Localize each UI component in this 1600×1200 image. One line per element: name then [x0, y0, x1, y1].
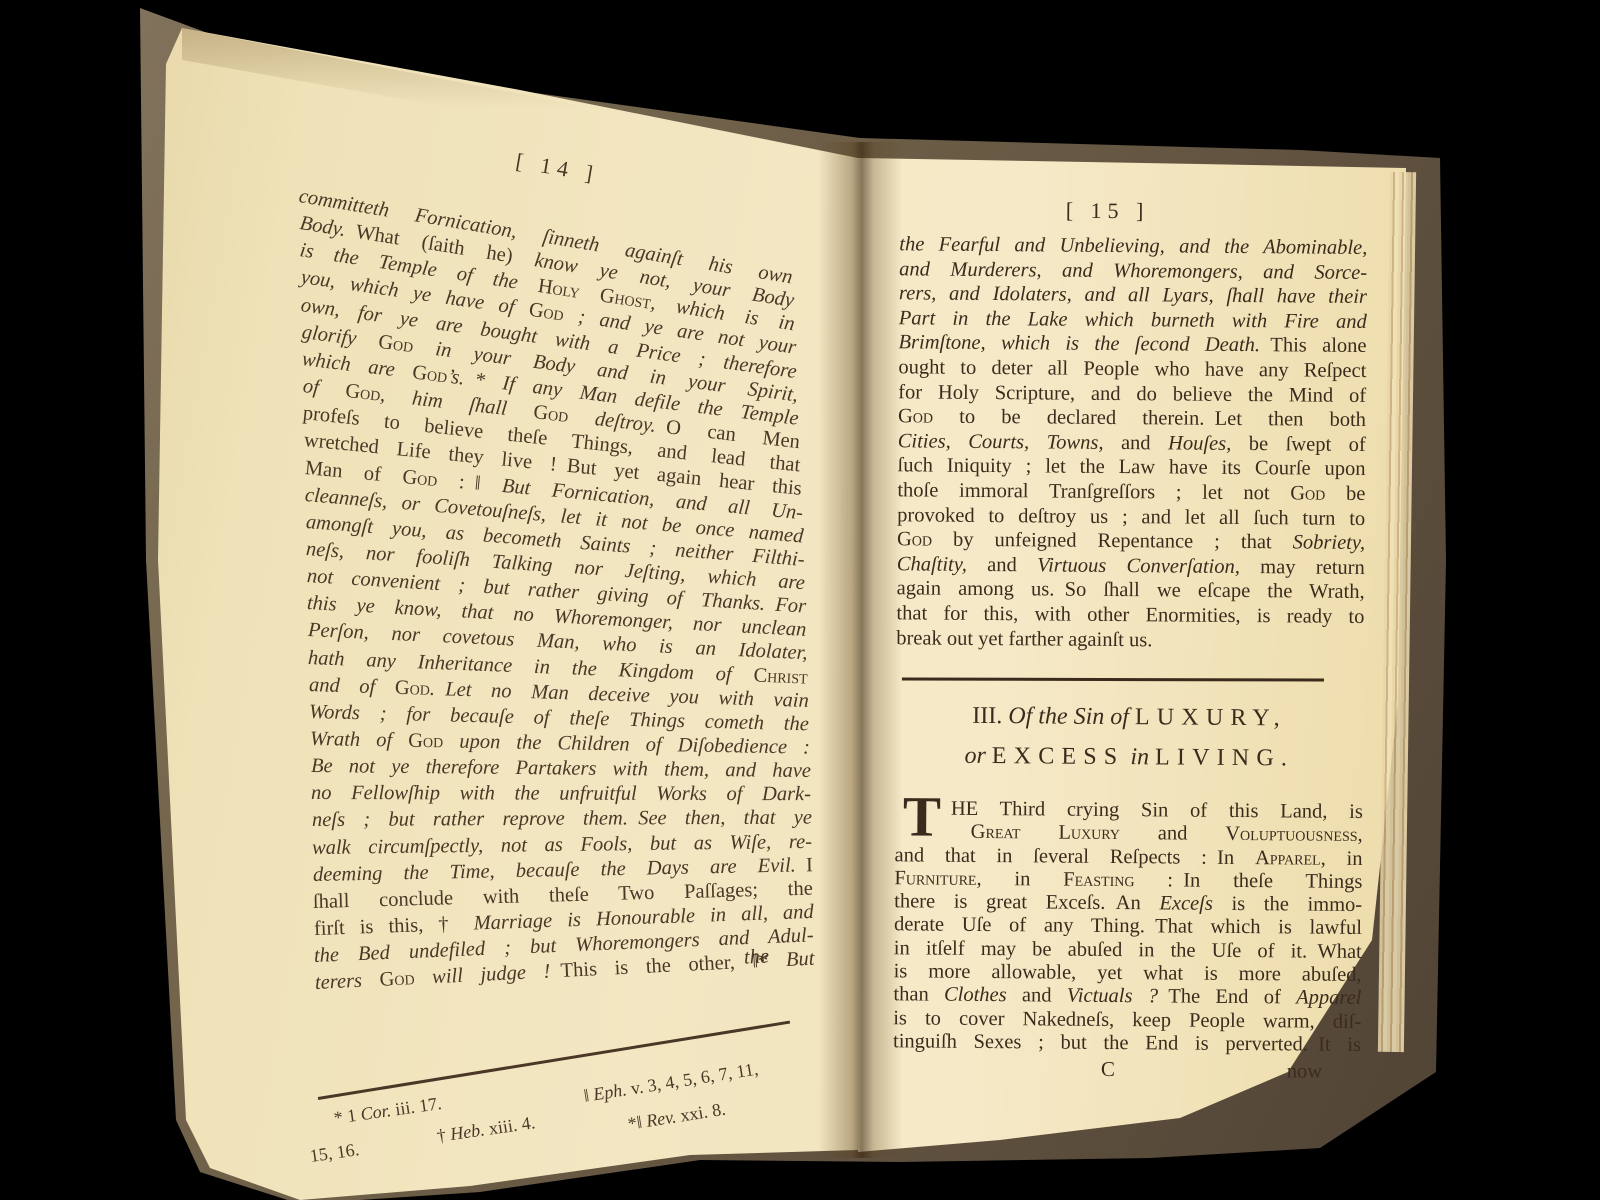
text-segment: derate Uſe of any Thing. That which is l… — [894, 914, 1362, 940]
text-segment: or — [964, 743, 992, 769]
right-page-number: [ 15 ] — [1048, 197, 1168, 224]
text-segment: and Murderers, and Whoremongers, and Sor… — [899, 258, 1367, 284]
text-segment: Furniture — [894, 867, 976, 890]
text-line: tinguiſh Sexes ; but the End is perverte… — [893, 1030, 1361, 1057]
catchword-right: now — [1287, 1060, 1322, 1083]
text-segment: is more allowable, yet what is more abuſ… — [894, 960, 1362, 986]
text-segment: ought to deter all People who have any R… — [898, 356, 1366, 382]
text-segment: and — [1103, 432, 1168, 455]
text-line: God by unfeigned Repentance ; that Sobri… — [897, 527, 1365, 555]
section-heading-line-1: III. Of the Sin of LUXURY, — [896, 702, 1364, 733]
metal-pointer — [1330, 556, 1600, 660]
photo-background: { "scene": { "background_color": "#00000… — [0, 0, 1600, 1200]
text-line: thoſe immoral Tranſgreſſors ; let not Go… — [897, 478, 1365, 506]
text-segment: be ſwept of — [1231, 433, 1366, 456]
text-segment: Virtuous Converſation, — [1037, 554, 1240, 578]
text-line: ought to deter all People who have any R… — [898, 355, 1366, 383]
text-segment: Part in the Lake which burneth with Fire… — [899, 307, 1367, 333]
text-segment: This alone — [1260, 335, 1367, 358]
text-segment: Apparel — [1255, 847, 1321, 870]
text-segment: the Fearful and Unbelieving, and the Abo… — [899, 233, 1367, 259]
section-heading-line-2: or EXCESS in LIVING. — [895, 742, 1363, 773]
text-segment: God — [898, 405, 933, 427]
text-line: break out yet farther againſt us. — [896, 626, 1364, 654]
text-line: for Holy Scripture, and do believe the M… — [898, 380, 1366, 408]
text-segment: break out yet farther againſt us. — [896, 627, 1152, 651]
text-segment: , in — [976, 868, 1063, 891]
text-line: HE Third crying Sin of this Land, is — [951, 798, 1363, 825]
text-segment: Feasting — [1063, 869, 1134, 892]
text-segment: provoked to deſtroy us ; and let all ſuc… — [897, 504, 1365, 530]
text-segment: and — [1120, 822, 1226, 845]
text-segment: for Holy Scripture, and do believe the M… — [898, 381, 1366, 407]
text-segment: by unfeigned Repentance ; that — [932, 529, 1293, 554]
right-page-paragraph-1: the Fearful and Unbelieving, and the Abo… — [896, 232, 1367, 654]
metal-pointer-shaft — [1330, 556, 1600, 660]
text-segment: rers, and Idolaters, and all Lyars, ſhal… — [899, 282, 1367, 308]
text-segment: : In theſe Things — [1134, 869, 1362, 893]
text-segment: Exceſs — [1159, 893, 1213, 915]
text-segment: is to cover Nakedneſs, keep People warm,… — [893, 1007, 1361, 1033]
text-segment: Voluptuousness, — [1225, 823, 1363, 846]
text-line: God to be declared therein. Let then bot… — [898, 404, 1366, 432]
text-segment: tinguiſh Sexes ; but the End is perverte… — [893, 1030, 1361, 1056]
text-segment: LUXURY, — [1135, 704, 1287, 731]
text-line: Part in the Lake which burneth with Fire… — [899, 306, 1367, 334]
text-line: Brimſtone, which is the ſecond Death. Th… — [898, 331, 1366, 359]
text-segment: EXCESS — [992, 743, 1125, 770]
text-segment: in — [1124, 744, 1155, 770]
text-line: Chaſtity, and Virtuous Converſation, may… — [897, 552, 1365, 580]
text-segment: Sobriety, — [1293, 532, 1365, 555]
text-segment: and that in ſeveral Reſpects : In — [894, 844, 1255, 869]
text-segment: thoſe immoral Tranſgreſſors ; let not — [897, 479, 1290, 504]
text-line: ſuch Iniquity ; let the Law have its Cou… — [898, 454, 1366, 482]
text-line: that for this, with other Enormities, is… — [896, 601, 1364, 629]
text-line: provoked to deſtroy us ; and let all ſuc… — [897, 503, 1365, 531]
text-line: again among us. So ſhall we eſcape the W… — [897, 577, 1365, 605]
text-segment: HE Third crying Sin of this Land, is — [951, 798, 1363, 823]
text-segment: Chaſtity, — [897, 553, 967, 576]
text-line: rers, and Idolaters, and all Lyars, ſhal… — [899, 281, 1367, 309]
text-line: Cities, Courts, Towns, and Houſes, be ſw… — [898, 429, 1366, 457]
text-segment: than — [893, 984, 944, 1006]
text-segment: Houſes, — [1168, 432, 1231, 454]
text-segment: Victuals ? — [1067, 985, 1158, 1008]
text-segment: LIVING. — [1155, 744, 1294, 771]
text-segment: ſuch Iniquity ; let the Law have its Cou… — [898, 455, 1366, 481]
text-segment: , in — [1321, 847, 1363, 869]
section-rule — [902, 677, 1324, 681]
text-segment: there is great Exceſs. An — [894, 890, 1159, 914]
text-segment: Of the Sin of — [1008, 703, 1135, 730]
text-segment: is the immo- — [1213, 893, 1362, 916]
text-segment: God — [897, 528, 932, 550]
text-line: and Murderers, and Whoremongers, and Sor… — [899, 257, 1367, 285]
text-segment: in itſelf may be abuſed in the Uſe of it… — [894, 937, 1362, 963]
text-segment: and — [967, 554, 1037, 577]
text-segment: God — [1290, 482, 1325, 504]
text-segment: and — [1007, 985, 1067, 1007]
text-segment: Great Luxury — [971, 821, 1120, 844]
text-segment: be — [1325, 483, 1365, 505]
text-line: Great Luxury and Voluptuousness, — [971, 821, 1363, 847]
text-segment: Cities, Courts, Towns, — [898, 430, 1104, 454]
text-segment: III. — [972, 703, 1008, 729]
text-line: the Fearful and Unbelieving, and the Abo… — [899, 232, 1367, 260]
text-segment: Brimſtone, which is the ſecond Death. — [898, 332, 1260, 357]
text-segment: that for this, with other Enormities, is… — [896, 602, 1364, 628]
text-segment: again among us. So ſhall we eſcape the W… — [897, 578, 1365, 604]
text-segment: The End of — [1158, 986, 1296, 1009]
text-segment: Apparel — [1296, 987, 1361, 1010]
text-segment: Clothes — [944, 984, 1007, 1006]
signature-mark: C — [1101, 1057, 1115, 1082]
right-page-paragraph-2: HE Third crying Sin of this Land, isGrea… — [893, 797, 1363, 1057]
text-segment: to be declared therein. Let then both — [933, 406, 1366, 431]
